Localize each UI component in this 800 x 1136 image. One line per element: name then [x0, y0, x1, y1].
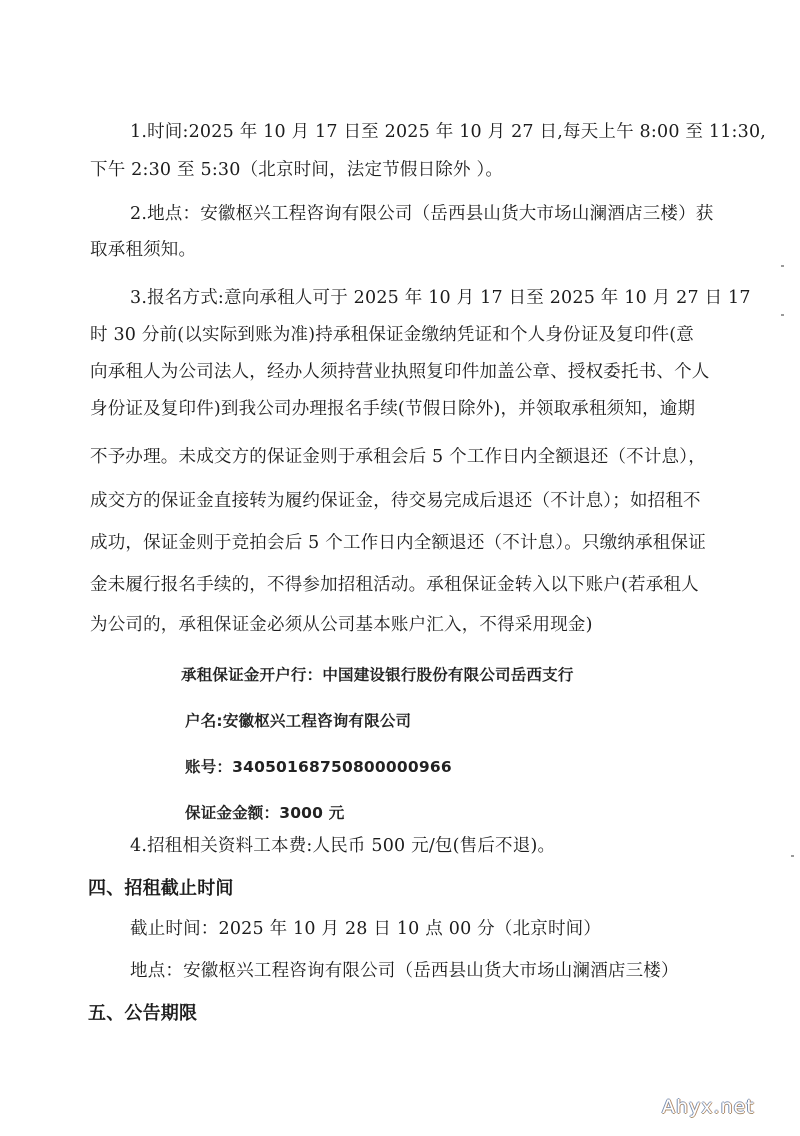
- item-3-line-4: 身份证及复印件)到我公司办理报名手续(节假日除外)，并领取承租须知，逾期: [90, 395, 695, 420]
- item-3-line-1: 3.报名方式:意向承租人可于 2025 年 10 月 17 日至 2025 年 …: [130, 284, 751, 309]
- item-1-line-2: 下午 2:30 至 5:30（北京时间，法定节假日除外 ）。: [90, 156, 503, 181]
- deposit-amount-value: 3000 元: [279, 804, 344, 822]
- item-1-line-1: 1.时间:2025 年 10 月 17 日至 2025 年 10 月 27 日,…: [130, 118, 766, 143]
- section-4-heading: 四、招租截止时间: [88, 874, 234, 900]
- item-3-line-8: 金未履行报名手续的，不得参加招租活动。承租保证金转入以下账户(若承租人: [90, 571, 699, 596]
- item-2-line-2: 取承租须知。: [90, 236, 196, 261]
- item-3-line-7: 成功，保证金则于竞拍会后 5 个工作日内全额退还（不计息）。只缴纳承租保证: [90, 529, 706, 554]
- item-3-line-5: 不予办理。未成交方的保证金则于承租会后 5 个工作日内全额退还（不计息），: [90, 443, 706, 468]
- deposit-amount-row: 保证金金额：3000 元: [185, 801, 344, 823]
- scan-mark: [791, 855, 794, 857]
- deadline-line: 截止时间：2025 年 10 月 28 日 10 点 00 分（北京时间）: [130, 915, 601, 940]
- item-4-line: 4.招租相关资料工本费:人民币 500 元/包(售后不退)。: [130, 832, 555, 857]
- section-5-heading: 五、公告期限: [88, 999, 197, 1025]
- account-number-label: 账号：: [185, 758, 232, 776]
- item-3-line-9: 为公司的，承租保证金必须从公司基本账户汇入，不得采用现金): [90, 611, 593, 636]
- bank-value: 中国建设银行股份有限公司岳西支行: [322, 666, 573, 684]
- deposit-amount-label: 保证金金额：: [185, 804, 279, 822]
- scan-mark: [781, 314, 784, 316]
- item-3-line-2: 时 30 分前(以实际到账为准)持承租保证金缴纳凭证和个人身份证及复印件(意: [90, 321, 694, 346]
- scan-mark: [781, 265, 784, 267]
- bank-label: 承租保证金开户行：: [181, 666, 322, 684]
- watermark-text: Ahyx.net: [662, 1096, 755, 1118]
- item-3-line-3: 向承租人为公司法人，经办人须持营业执照复印件加盖公章、授权委托书、个人: [90, 358, 710, 383]
- account-name-label: 户名:: [185, 712, 223, 730]
- account-number-row: 账号：34050168750800000966: [185, 755, 452, 777]
- item-3-line-6: 成交方的保证金直接转为履约保证金，待交易完成后退还（不计息）；如招租不: [90, 487, 701, 512]
- bank-row: 承租保证金开户行：中国建设银行股份有限公司岳西支行: [181, 663, 574, 685]
- item-2-line-1: 2.地点：安徽枢兴工程咨询有限公司（岳西县山货大市场山澜酒店三楼）获: [130, 200, 714, 225]
- location-line: 地点：安徽枢兴工程咨询有限公司（岳西县山货大市场山澜酒店三楼）: [130, 957, 679, 982]
- account-name-value: 安徽枢兴工程咨询有限公司: [223, 712, 411, 730]
- account-name-row: 户名:安徽枢兴工程咨询有限公司: [185, 709, 411, 731]
- account-number-value: 34050168750800000966: [232, 758, 452, 776]
